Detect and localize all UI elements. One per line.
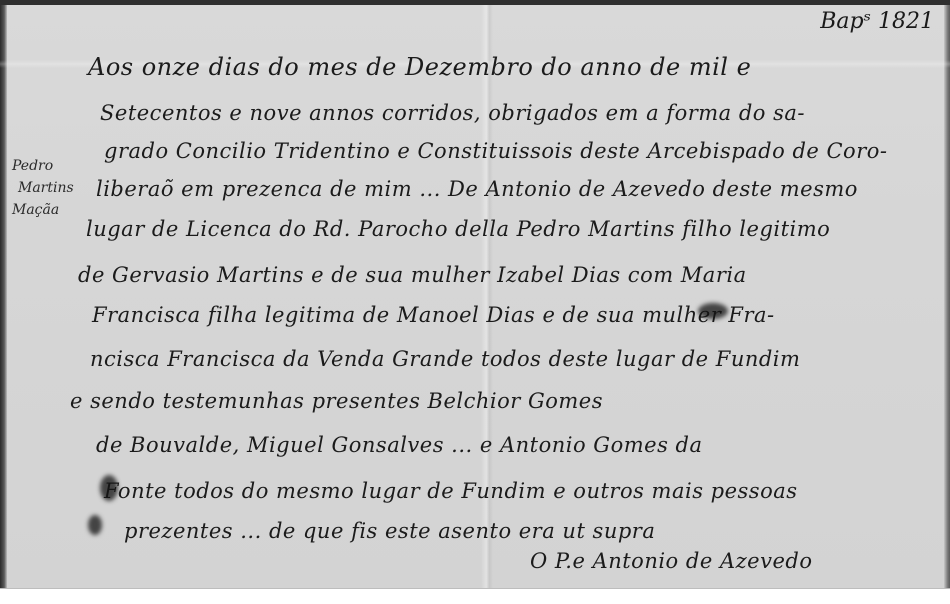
ink-blot: [88, 515, 102, 535]
manuscript-line: de Bouvalde, Miguel Gonsalves ... e Anto…: [96, 433, 702, 457]
manuscript-line: Fonte todos do mesmo lugar de Fundim e o…: [104, 479, 798, 503]
ink-blot: [100, 475, 118, 501]
manuscript-line: Setecentos e nove annos corridos, obriga…: [100, 101, 805, 125]
manuscript-line: e sendo testemunhas presentes Belchior G…: [70, 389, 603, 413]
manuscript-page: Bapˢ 1821 Pedro Martins Maçãa Aos onze d…: [0, 5, 950, 588]
manuscript-line: ncisca Francisca da Venda Grande todos d…: [90, 347, 800, 371]
baptism-annotation: Bapˢ 1821: [820, 9, 934, 34]
page-right-edge: [944, 5, 950, 588]
manuscript-line: grado Concilio Tridentino e Constituisso…: [104, 139, 887, 163]
page-left-edge: [0, 5, 7, 588]
signature-line: O P.e Antonio de Azevedo: [530, 549, 812, 573]
manuscript-line: lugar de Licenca do Rd. Parocho della Pe…: [86, 217, 830, 241]
margin-note-line: Pedro: [12, 155, 74, 177]
ink-blot: [698, 303, 728, 319]
manuscript-line: liberaõ em prezenca de mim ... De Antoni…: [96, 177, 858, 201]
manuscript-line: de Gervasio Martins e de sua mulher Izab…: [78, 263, 747, 287]
manuscript-line: Francisca filha legitima de Manoel Dias …: [92, 303, 775, 327]
margin-note: Pedro Martins Maçãa: [12, 155, 74, 221]
bottom-margin: [0, 588, 950, 604]
manuscript-line: Aos onze dias do mes de Dezembro do anno…: [88, 53, 751, 81]
margin-note-line: Maçãa: [12, 199, 74, 221]
margin-note-line: Martins: [12, 177, 74, 199]
manuscript-line: prezentes ... de que fis este asento era…: [124, 519, 655, 543]
